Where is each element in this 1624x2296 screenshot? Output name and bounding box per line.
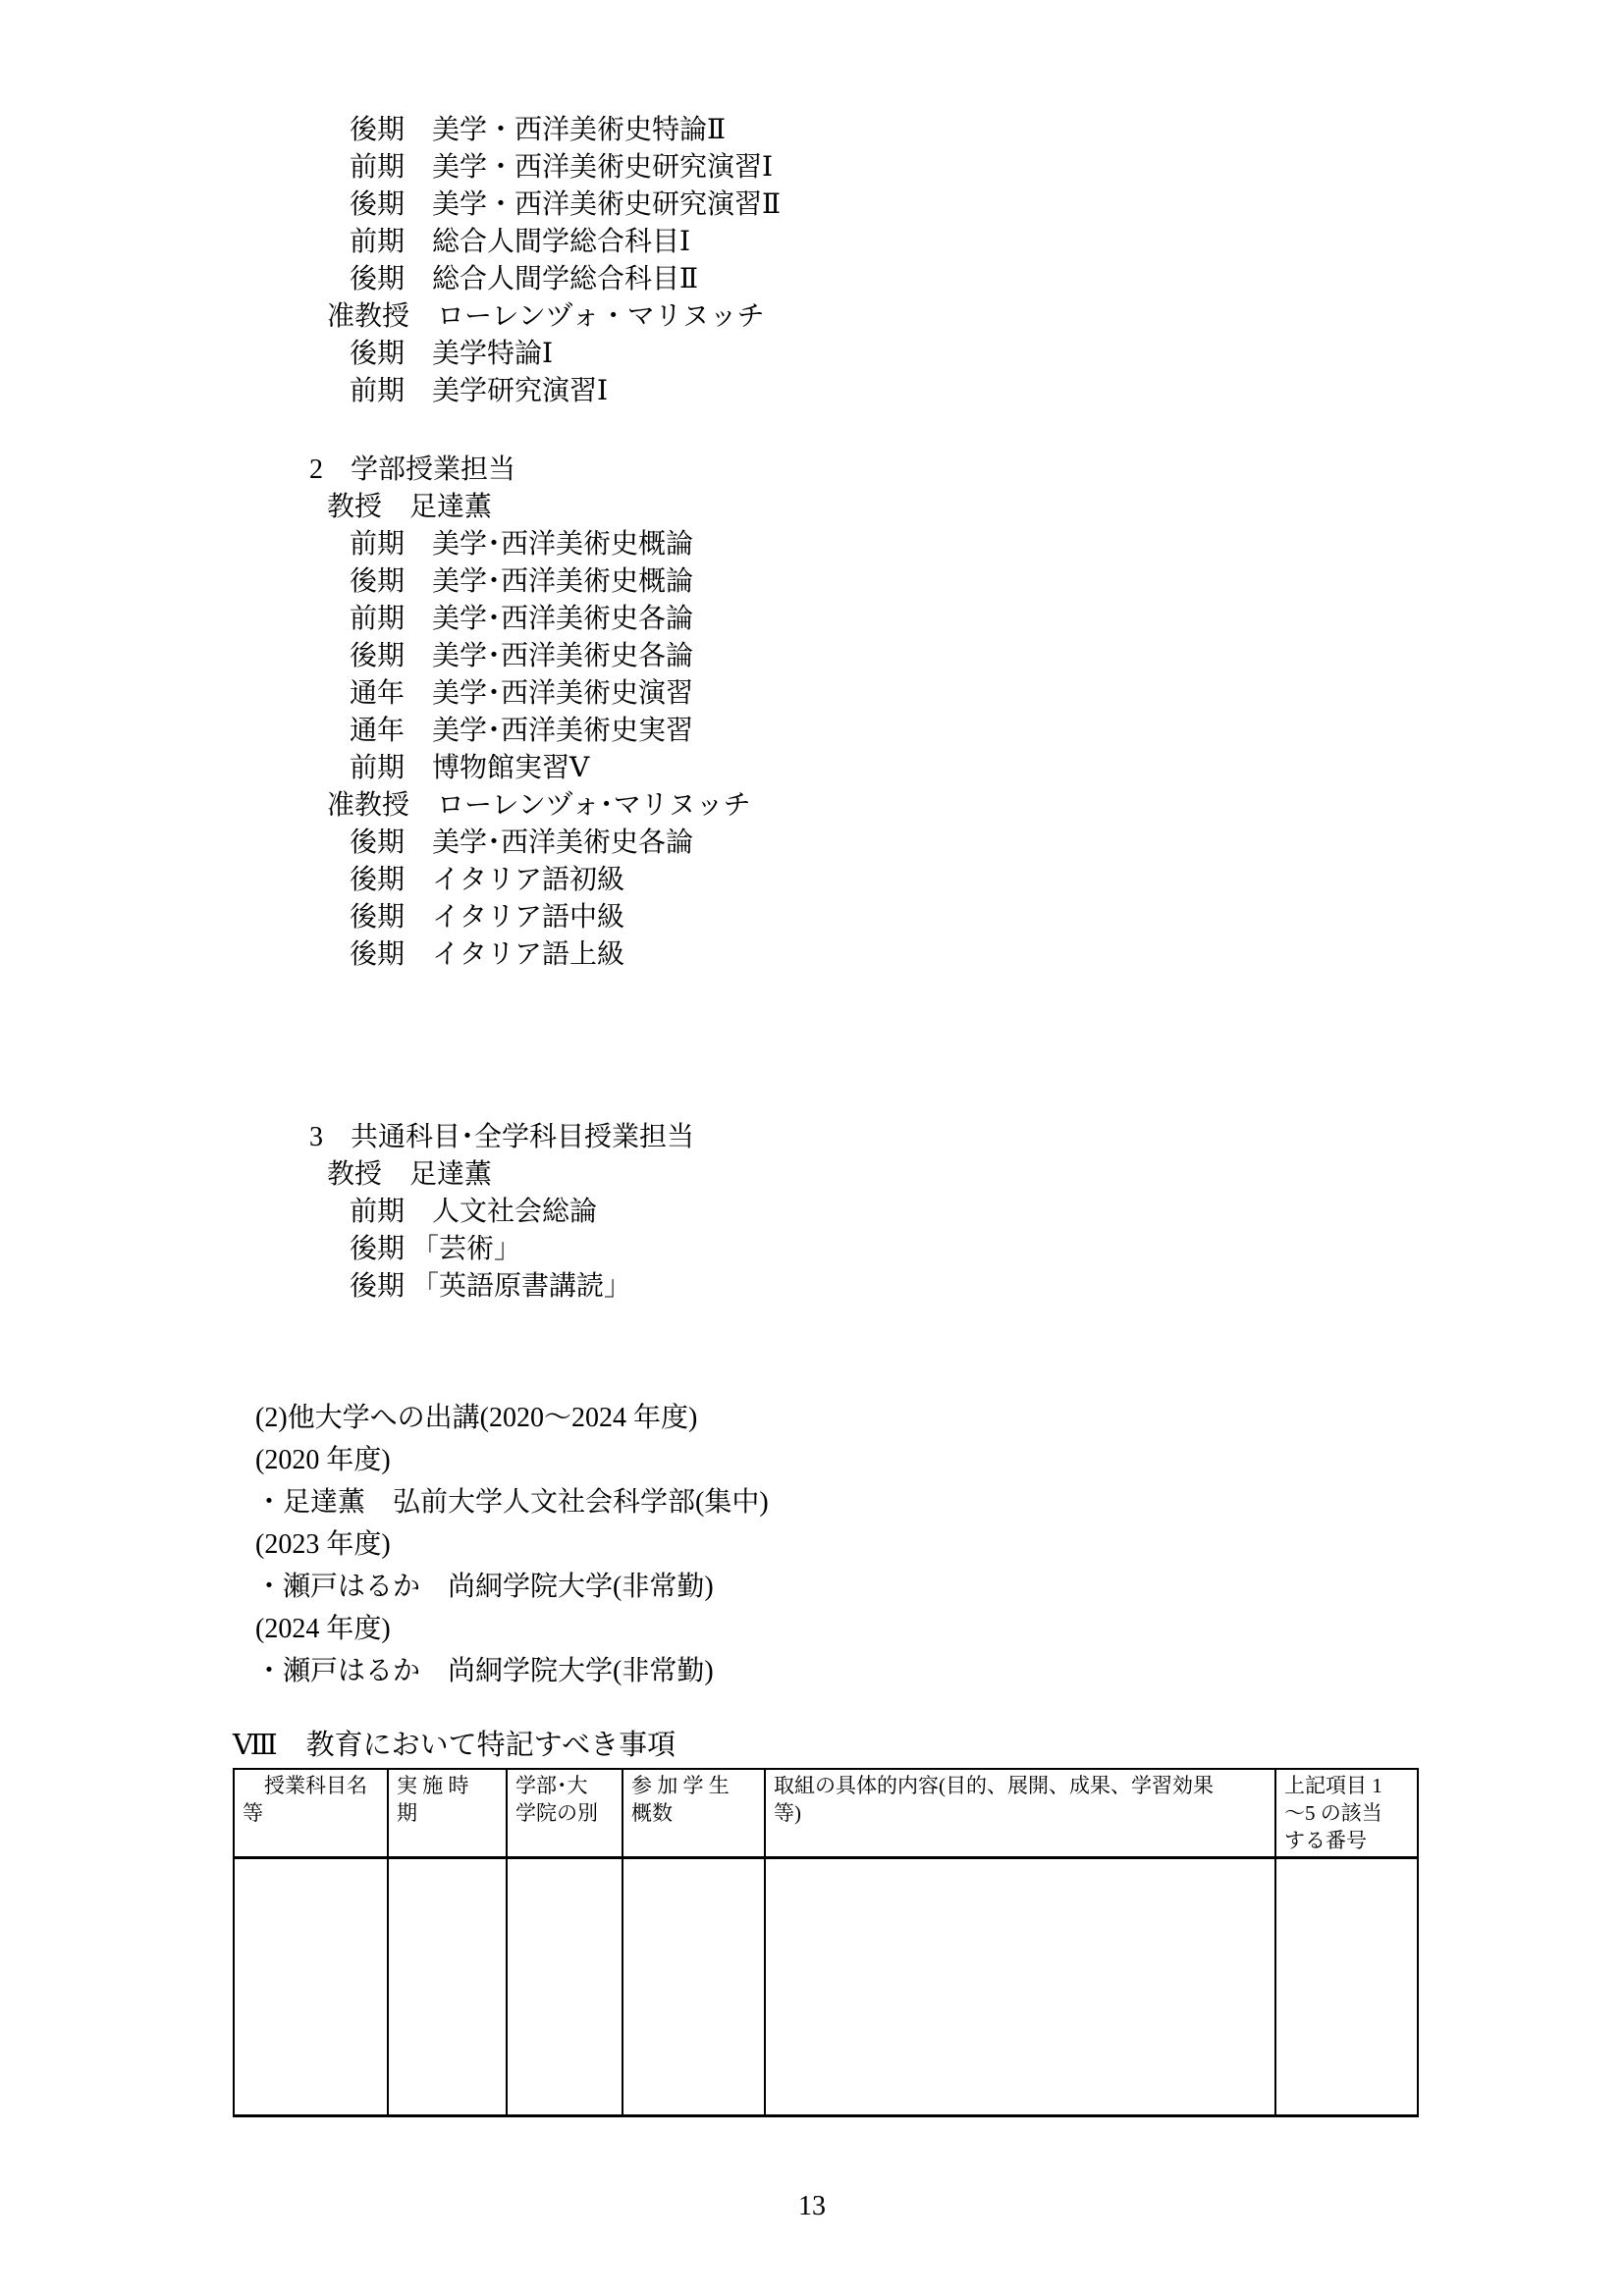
guest-lecture-line: ・足達薫 弘前大学人文社会科学部(集中) xyxy=(255,1481,1624,1523)
table-header-row: 授業科目名 等 実 施 時 期 学部･大 学院の別 参 加 学 生 概数 取組の… xyxy=(234,1769,1418,1858)
header-cell-item-number: 上記項目 1 ～5 の該当 する番号 xyxy=(1275,1769,1418,1858)
body-cell-students xyxy=(623,1858,765,2116)
common-course-section: 3 共通科目･全学科目授業担当 教授 足達薫 前期 人文社会総論 後期 「芸術」… xyxy=(0,1119,1624,1306)
staff-line: 教授 足達薫 xyxy=(327,489,1624,526)
year-line: (2024 年度) xyxy=(255,1608,1624,1650)
course-line: 前期 美学･西洋美術史概論 xyxy=(350,526,1624,563)
header-cell-students: 参 加 学 生 概数 xyxy=(623,1769,765,1858)
course-line: 後期 総合人間学総合科目Ⅱ xyxy=(350,261,1624,298)
course-line: 通年 美学･西洋美術史演習 xyxy=(350,675,1624,713)
header-cell-course-name: 授業科目名 等 xyxy=(234,1769,388,1858)
course-line: 後期 美学･西洋美術史概論 xyxy=(350,563,1624,601)
undergraduate-course-section: 2 学部授業担当 教授 足達薫 前期 美学･西洋美術史概論 後期 美学･西洋美術… xyxy=(0,452,1624,974)
course-line: 後期 美学・西洋美術史研究演習Ⅱ xyxy=(350,187,1624,224)
staff-line: 准教授 ローレンヅォ・マリヌッチ xyxy=(327,298,1624,336)
body-cell-item-number xyxy=(1275,1858,1418,2116)
subsection-heading: (2)他大学への出講(2020～2024 年度) xyxy=(255,1397,1624,1439)
year-line: (2020 年度) xyxy=(255,1439,1624,1481)
guest-lecture-line: ・瀬戸はるか 尚絅学院大学(非常勤) xyxy=(255,1566,1624,1608)
body-cell-details xyxy=(765,1858,1275,2116)
header-cell-period: 実 施 時 期 xyxy=(388,1769,507,1858)
course-line: 後期 イタリア語上級 xyxy=(350,936,1624,974)
guest-lecture-section: (2)他大学への出講(2020～2024 年度) (2020 年度) ・足達薫 … xyxy=(0,1397,1624,1692)
body-cell-course-name xyxy=(234,1858,388,2116)
course-line: 前期 美学研究演習Ⅰ xyxy=(350,373,1624,410)
course-line: 後期 美学・西洋美術史特論Ⅱ xyxy=(350,112,1624,149)
course-line: 前期 博物館実習Ⅴ xyxy=(350,750,1624,787)
year-line: (2023 年度) xyxy=(255,1523,1624,1566)
body-cell-period xyxy=(388,1858,507,2116)
section-heading: 2 学部授業担当 xyxy=(309,452,1624,489)
course-line: 後期 イタリア語中級 xyxy=(350,899,1624,936)
guest-lecture-line: ・瀬戸はるか 尚絅学院大学(非常勤) xyxy=(255,1650,1624,1692)
course-line: 後期 イタリア語初級 xyxy=(350,862,1624,899)
document-page: 後期 美学・西洋美術史特論Ⅱ 前期 美学・西洋美術史研究演習Ⅰ 後期 美学・西洋… xyxy=(0,0,1624,2296)
course-line: 後期 美学･西洋美術史各論 xyxy=(350,825,1624,862)
course-line: 後期 「英語原書講読」 xyxy=(350,1268,1624,1306)
course-line: 通年 美学･西洋美術史実習 xyxy=(350,713,1624,750)
section-heading: 3 共通科目･全学科目授業担当 xyxy=(309,1119,1624,1156)
page-number: 13 xyxy=(0,2188,1624,2225)
course-line: 前期 美学・西洋美術史研究演習Ⅰ xyxy=(350,149,1624,187)
graduate-course-list: 後期 美学・西洋美術史特論Ⅱ 前期 美学・西洋美術史研究演習Ⅰ 後期 美学・西洋… xyxy=(0,112,1624,410)
table-body-row xyxy=(234,1858,1418,2116)
course-line: 前期 美学･西洋美術史各論 xyxy=(350,601,1624,638)
body-cell-faculty xyxy=(507,1858,623,2116)
staff-line: 准教授 ローレンヅォ･マリヌッチ xyxy=(327,787,1624,825)
course-line: 前期 人文社会総論 xyxy=(350,1194,1624,1231)
course-line: 前期 総合人間学総合科目Ⅰ xyxy=(350,224,1624,261)
header-cell-details: 取組の具体的内容(目的、展開、成果、学習効果 等) xyxy=(765,1769,1275,1858)
course-line: 後期 美学･西洋美術史各論 xyxy=(350,638,1624,675)
course-line: 後期 「芸術」 xyxy=(350,1231,1624,1268)
staff-line: 教授 足達薫 xyxy=(327,1156,1624,1194)
section-viii-heading: Ⅷ 教育において特記すべき事項 xyxy=(233,1727,1624,1764)
education-notes-table: 授業科目名 等 実 施 時 期 学部･大 学院の別 参 加 学 生 概数 取組の… xyxy=(233,1768,1419,2117)
course-line: 後期 美学特論Ⅰ xyxy=(350,336,1624,373)
header-cell-faculty: 学部･大 学院の別 xyxy=(507,1769,623,1858)
